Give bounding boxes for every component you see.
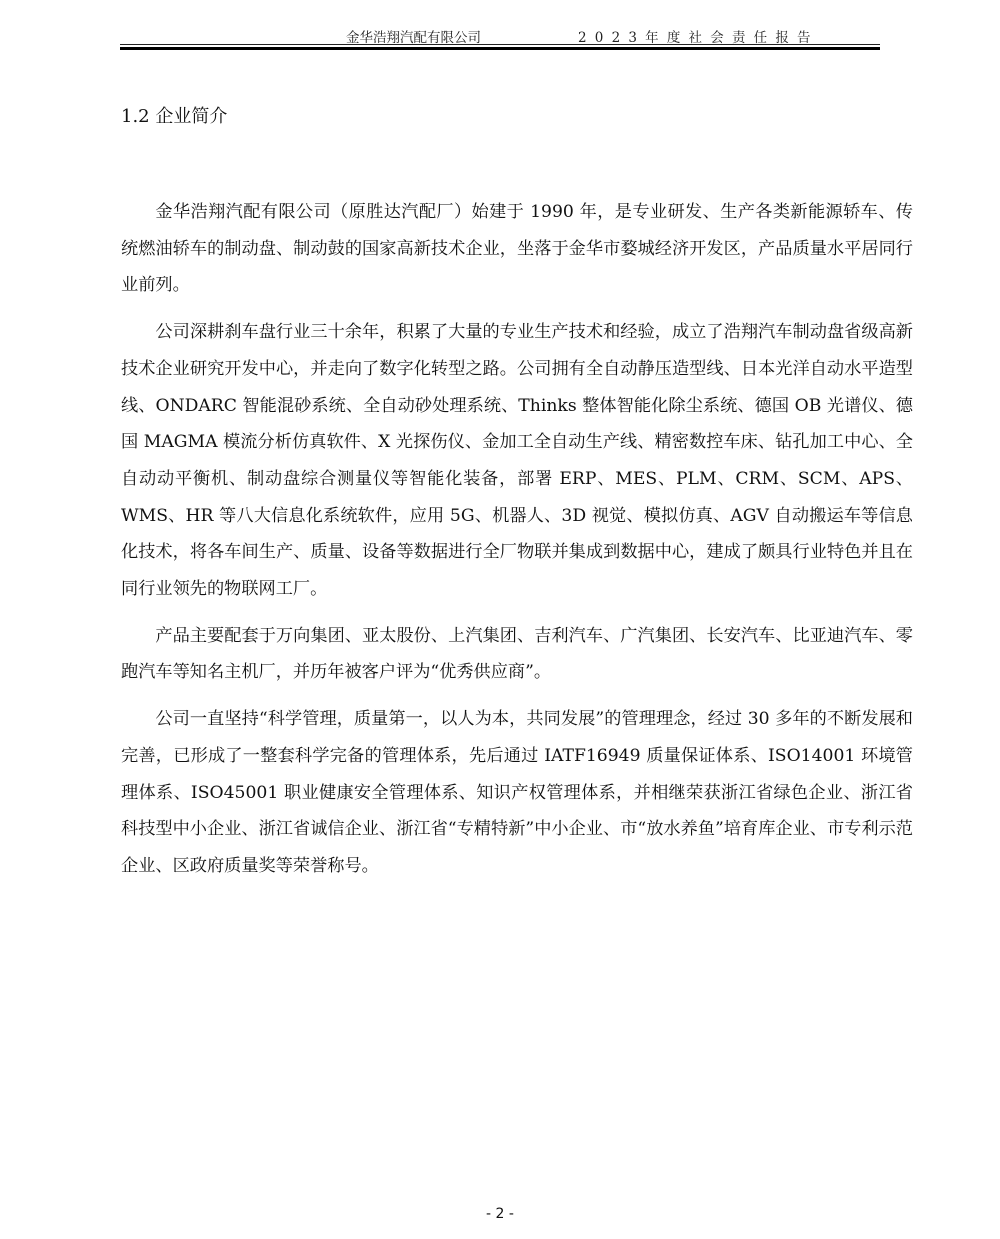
header-rule-thick bbox=[120, 47, 880, 50]
paragraph-technology-equipment: 公司深耕刹车盘行业三十余年，积累了大量的专业生产技术和经验，成立了浩翔汽车制动盘… bbox=[121, 314, 913, 608]
paragraph-company-overview: 金华浩翔汽配有限公司（原胜达汽配厂）始建于 1990 年，是专业研发、生产各类新… bbox=[121, 194, 913, 304]
document-body: 金华浩翔汽配有限公司（原胜达汽配厂）始建于 1990 年，是专业研发、生产各类新… bbox=[121, 194, 913, 895]
paragraph-management-honors: 公司一直坚持“科学管理，质量第一，以人为本，共同发展”的管理理念，经过 30 多… bbox=[121, 701, 913, 885]
header-report-title: 2023年度社会责任报告 bbox=[578, 26, 819, 46]
paragraph-customers: 产品主要配套于万向集团、亚太股份、上汽集团、吉利汽车、广汽集团、长安汽车、比亚迪… bbox=[121, 618, 913, 691]
header-rule-thin bbox=[120, 44, 880, 45]
header-company-name: 金华浩翔汽配有限公司 bbox=[346, 26, 481, 46]
page-number: - 2 - bbox=[0, 1206, 1000, 1222]
section-title: 1.2 企业简介 bbox=[121, 102, 227, 128]
